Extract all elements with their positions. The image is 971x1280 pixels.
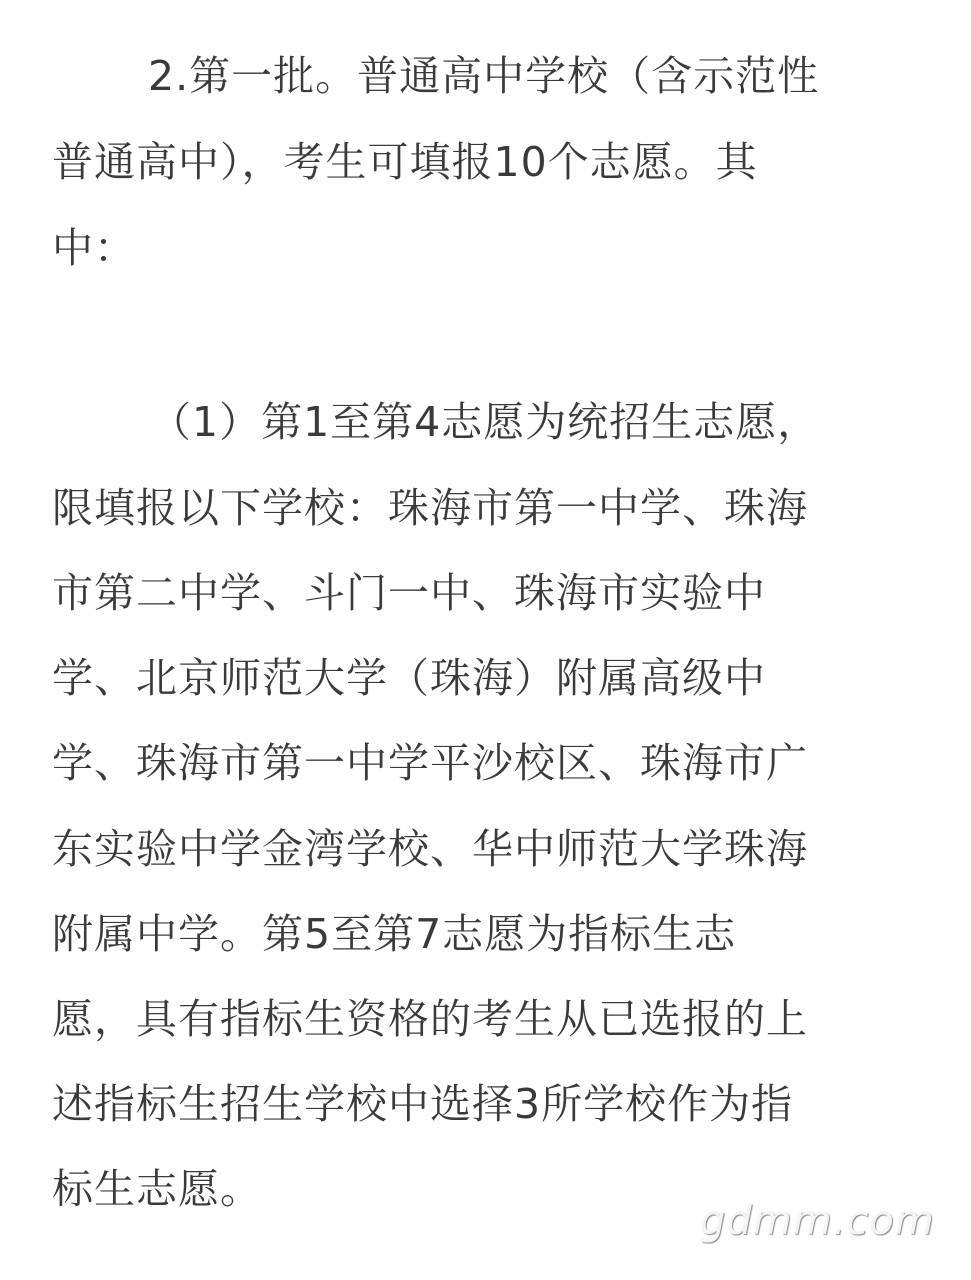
paragraph-1-line-1: 2.第一批。普通高中学校（含示范性 bbox=[148, 52, 971, 100]
paragraph-2-line-3: 市第二中学、斗门一中、珠海市实验中 bbox=[52, 569, 922, 617]
watermark: gdmm.com bbox=[700, 1198, 935, 1244]
paragraph-2-line-4: 学、北京师范大学（珠海）附属高级中 bbox=[52, 654, 922, 702]
paragraph-1-line-2: 普通高中），考生可填报10个志愿。其 bbox=[52, 138, 922, 186]
paragraph-1-line-3: 中： bbox=[52, 224, 922, 272]
paragraph-2-line-8: 愿，具有指标生资格的考生从已选报的上 bbox=[52, 995, 922, 1043]
paragraph-2-line-1: （1）第1至第4志愿为统招生志愿， bbox=[150, 398, 971, 446]
paragraph-2-line-2: 限填报以下学校：珠海市第一中学、珠海 bbox=[52, 484, 922, 532]
paragraph-2-line-6: 东实验中学金湾学校、华中师范大学珠海 bbox=[52, 825, 922, 873]
paragraph-2-line-9: 述指标生招生学校中选择3所学校作为指 bbox=[52, 1080, 922, 1128]
paragraph-2-line-5: 学、珠海市第一中学平沙校区、珠海市广 bbox=[52, 739, 922, 787]
paragraph-2-line-7: 附属中学。第5至第7志愿为指标生志 bbox=[52, 910, 922, 958]
